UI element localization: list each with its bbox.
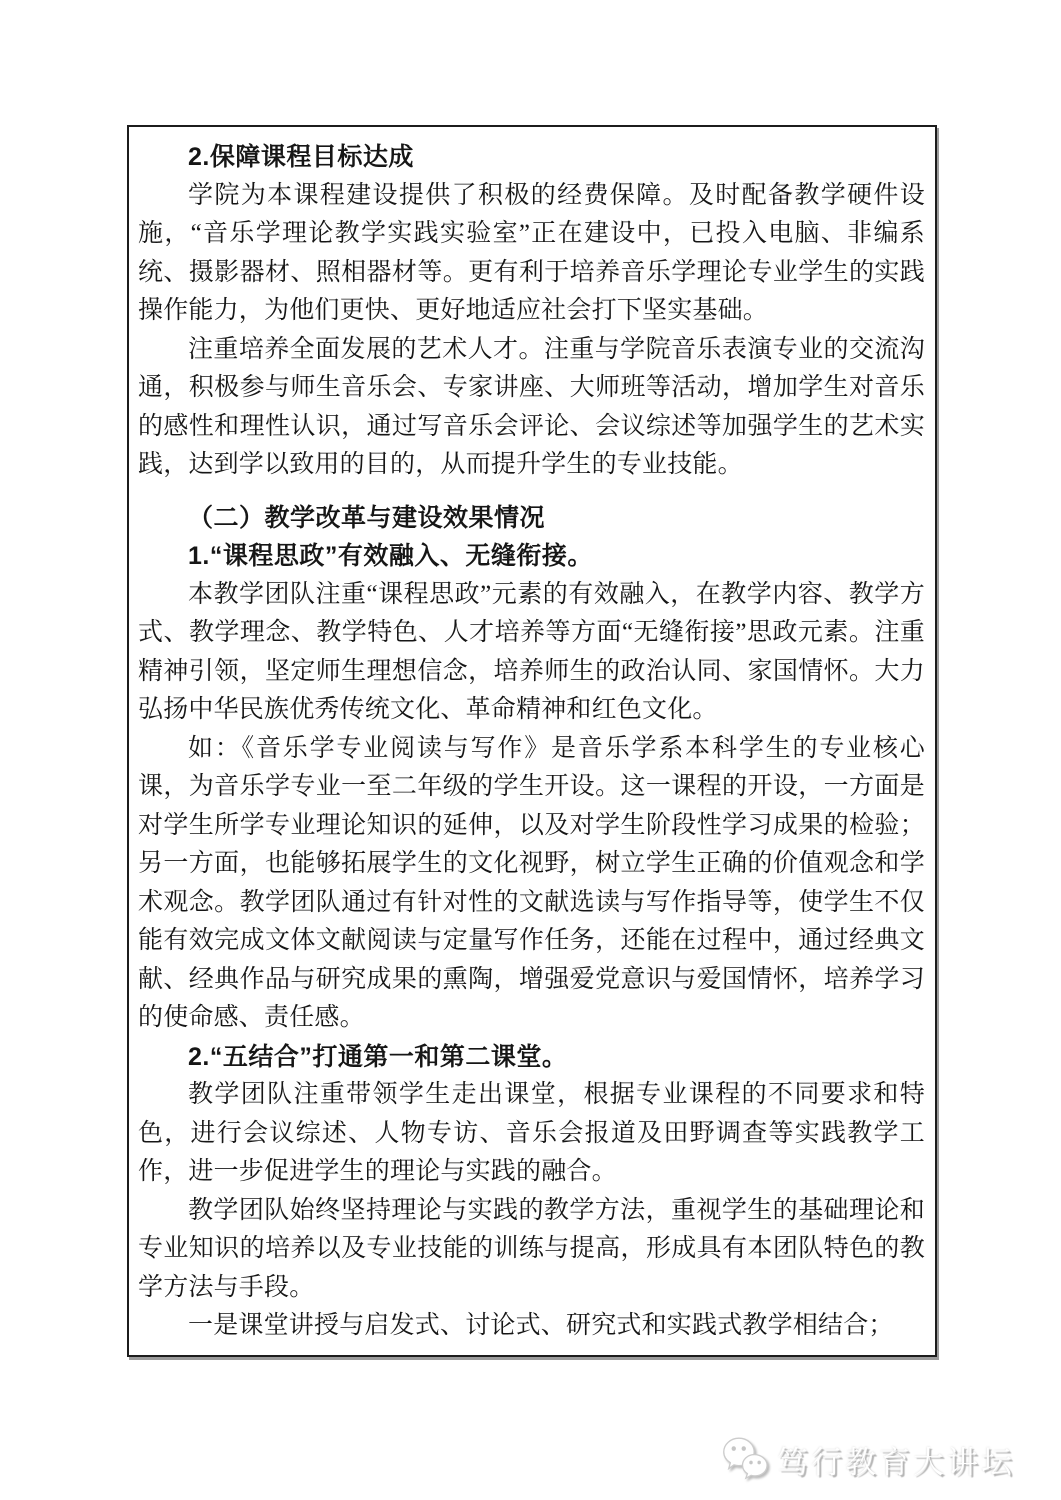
paragraph: 注重培养全面发展的艺术人才。注重与学院音乐表演专业的交流沟通，积极参与师生音乐会… [138, 331, 925, 485]
paragraph: 教学团队始终坚持理论与实践的教学方法，重视学生的基础理论和专业知识的培养以及专业… [138, 1192, 925, 1308]
heading-five-combination: 2.“五结合”打通第一和第二课堂。 [138, 1038, 925, 1077]
paragraph: 一是课堂讲授与启发式、讨论式、研究式和实践式教学相结合； [138, 1307, 925, 1346]
heading-curriculum-ideology: 1.“课程思政”有效融入、无缝衔接。 [138, 537, 925, 576]
paragraph: 本教学团队注重“课程思政”元素的有效融入，在教学内容、教学方式、教学理念、教学特… [138, 576, 925, 730]
heading-reform-section: （二）教学改革与建设效果情况 [138, 499, 925, 538]
paragraph: 如：《音乐学专业阅读与写作》是音乐学系本科学生的专业核心课，为音乐学专业一至二年… [138, 730, 925, 1038]
paragraph: 教学团队注重带领学生走出课堂，根据专业课程的不同要求和特色，进行会议综述、人物专… [138, 1076, 925, 1192]
watermark-label: 笃行教育大讲坛 [777, 1437, 1015, 1482]
heading-goal: 2.保障课程目标达成 [138, 138, 925, 177]
watermark: 笃行教育大讲坛 [720, 1434, 1015, 1484]
paragraph: 学院为本课程建设提供了积极的经费保障。及时配备教学硬件设施，“音乐学理论教学实践… [138, 177, 925, 331]
content-border-box: 2.保障课程目标达成 学院为本课程建设提供了积极的经费保障。及时配备教学硬件设施… [127, 125, 937, 1357]
wechat-icon [720, 1434, 770, 1484]
